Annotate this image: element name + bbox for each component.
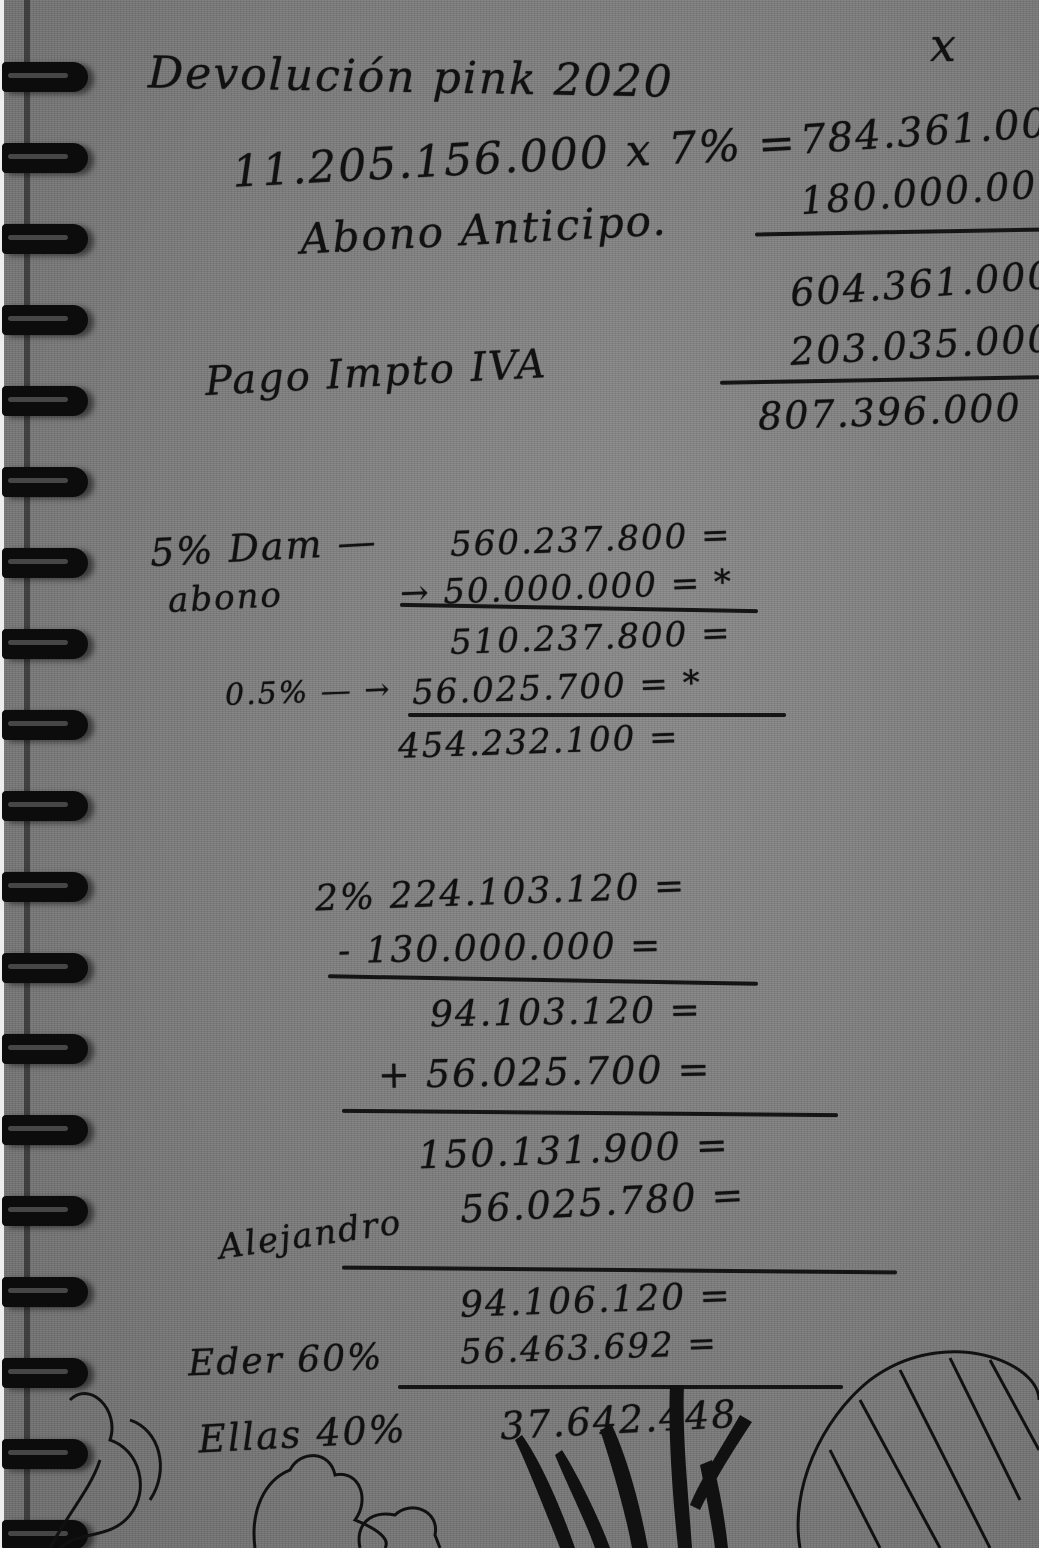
leaf-doodle-icon bbox=[50, 1394, 160, 1548]
section3-line1: 2% 224.103.120 = bbox=[314, 866, 686, 920]
section1-abono-label: Abono Anticipo. bbox=[299, 195, 669, 263]
coral-doodle-icon bbox=[254, 1456, 440, 1548]
seaweed-doodle-icon bbox=[515, 1385, 752, 1548]
spiral-ring bbox=[2, 953, 88, 983]
spiral-ring bbox=[2, 224, 88, 254]
spiral-ring bbox=[2, 1034, 88, 1064]
spiral-ring bbox=[2, 143, 88, 173]
notebook-page: x Devolución pink 2020 11.205.156.000 x … bbox=[0, 0, 1039, 1548]
section1-rule-2 bbox=[720, 375, 1039, 385]
spiral-ring bbox=[2, 548, 88, 578]
section1-rule-1 bbox=[755, 227, 1039, 236]
section2-line2-label: abono bbox=[167, 575, 284, 621]
section1-result: 784.361.000 bbox=[799, 98, 1039, 163]
shell-doodle-icon bbox=[798, 1352, 1039, 1548]
spiral-ring bbox=[2, 1196, 88, 1226]
spiral-ring bbox=[2, 305, 88, 335]
corner-mark: x bbox=[930, 18, 958, 72]
spiral-ring bbox=[2, 1277, 88, 1307]
page-title: Devolución pink 2020 bbox=[148, 47, 675, 107]
section2-line1-label: 5% Dam — bbox=[149, 519, 379, 575]
section2-total: 454.232.100 = bbox=[397, 717, 680, 767]
section3-line3: + 56.025.700 = bbox=[378, 1047, 712, 1097]
section2-line3-label: 0.5% — → bbox=[224, 672, 392, 713]
spiral-ring bbox=[2, 386, 88, 416]
spiral-ring bbox=[2, 710, 88, 740]
section1-iva-value: 203.035.000 bbox=[789, 316, 1039, 374]
section2-subtotal: 510.237.800 = bbox=[449, 613, 732, 663]
section2-line1-value: 560.237.800 = bbox=[449, 515, 732, 565]
remainder-value: 94.106.120 = bbox=[459, 1275, 732, 1325]
section1-abono-value: 180.000.000 bbox=[799, 161, 1039, 223]
doodle-illustrations bbox=[0, 1340, 1039, 1548]
spiral-ring bbox=[2, 1115, 88, 1145]
section1-subtotal: 604.361.000 bbox=[789, 253, 1039, 315]
section1-iva-label: Pago Impto IVA bbox=[204, 341, 548, 405]
spiral-ring bbox=[2, 629, 88, 659]
section3-rule-2 bbox=[342, 1109, 838, 1117]
section3-line2: - 130.000.000 = bbox=[338, 925, 663, 972]
alejandro-value: 56.025.780 = bbox=[459, 1173, 746, 1232]
spiral-ring bbox=[2, 62, 88, 92]
spiral-ring bbox=[2, 872, 88, 902]
section4-rule-1 bbox=[342, 1266, 897, 1275]
section1-total: 807.396.000 bbox=[757, 385, 1022, 438]
spiral-ring bbox=[2, 467, 88, 497]
alejandro-label: Alejandro bbox=[216, 1202, 405, 1267]
spiral-ring bbox=[2, 791, 88, 821]
section2-rule-2 bbox=[408, 713, 786, 717]
section1-formula: 11.205.156.000 x 7% = bbox=[231, 117, 798, 198]
section3-total: 150.131.900 = bbox=[417, 1123, 730, 1178]
section3-rule-1 bbox=[328, 974, 758, 986]
section3-subtotal: 94.103.120 = bbox=[430, 990, 702, 1036]
section2-line3-value: 56.025.700 = * bbox=[411, 663, 702, 713]
